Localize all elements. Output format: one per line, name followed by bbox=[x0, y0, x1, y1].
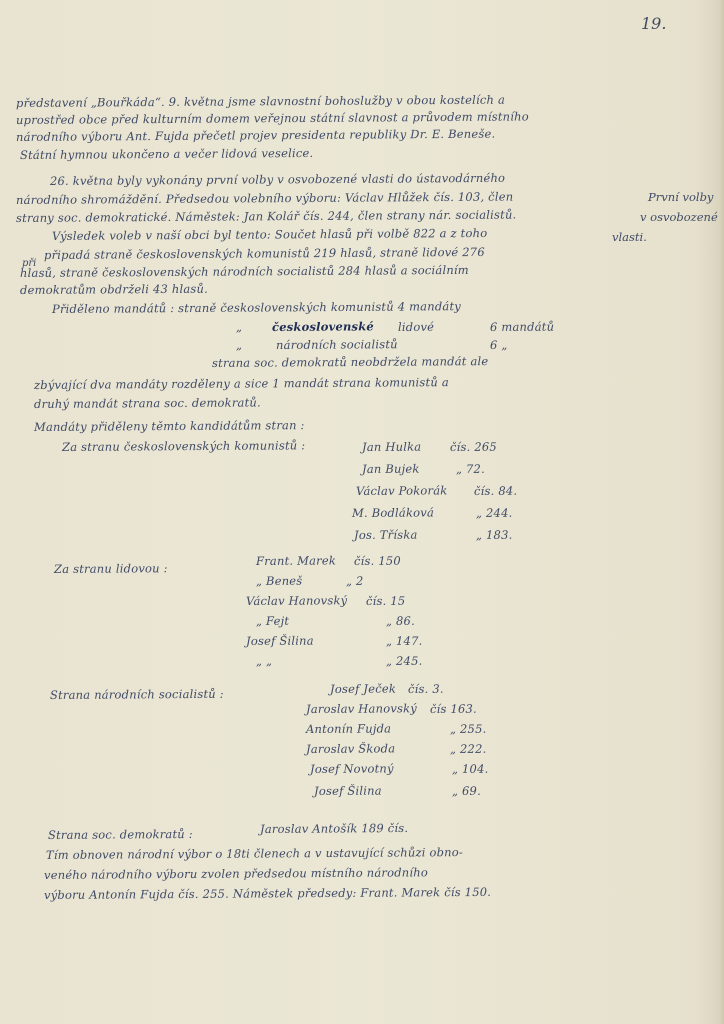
mandate-party: československé bbox=[272, 319, 374, 334]
candidate-house: „ 72. bbox=[456, 462, 485, 476]
candidate-house: čís. 150 bbox=[354, 554, 401, 568]
text-line: strany soc. demokratické. Náměstek: Jan … bbox=[16, 208, 516, 225]
candidate-name: Josef Ječek bbox=[330, 682, 396, 696]
mandate-party: národních socialistů bbox=[276, 337, 398, 352]
candidate-house: „ 255. bbox=[450, 722, 487, 736]
mandate-count: 6 „ bbox=[490, 338, 508, 352]
party-label: Za stranu lidovou : bbox=[54, 561, 168, 576]
text-line: strana soc. demokratů neobdržela mandát … bbox=[212, 354, 488, 370]
page-edge bbox=[718, 0, 724, 1024]
ditto-mark: „ bbox=[236, 338, 242, 352]
text-line: Tím obnoven národní výbor o 18ti členech… bbox=[46, 845, 463, 862]
candidate-name: Antonín Fujda bbox=[306, 721, 391, 736]
candidate-name: Jan Bujek bbox=[362, 462, 420, 476]
candidate-house: „ 222. bbox=[450, 742, 487, 756]
mandates-title: Přiděleno mandátů : straně československ… bbox=[52, 299, 461, 316]
text-line: druhý mandát strana soc. demokratů. bbox=[34, 395, 261, 411]
text-line: představení „Bouřkáda“. 9. května jsme s… bbox=[16, 93, 505, 110]
party-label: Strana národních socialistů : bbox=[50, 687, 224, 702]
party-label: Strana soc. demokratů : bbox=[48, 827, 193, 842]
candidate-name: „ „ bbox=[256, 654, 272, 668]
candidate-name: Jaroslav Škoda bbox=[306, 741, 395, 756]
candidate-name: Frant. Marek bbox=[256, 553, 336, 568]
candidate-name: „ Fejt bbox=[256, 614, 289, 628]
text-line: Státní hymnou ukončeno a večer lidová ve… bbox=[20, 146, 313, 162]
candidate-name: Václav Hanovský bbox=[246, 593, 347, 608]
text-line: národního shromáždění. Předsedou volební… bbox=[16, 190, 513, 207]
text-line: veného národního výboru zvolen předsedou… bbox=[44, 865, 428, 882]
candidate-house: „ 86. bbox=[386, 614, 415, 628]
candidate-name: Jaroslav Hanovský bbox=[306, 701, 417, 716]
candidate-name: Josef Šilina bbox=[314, 784, 382, 798]
candidate-house: čís. 265 bbox=[450, 440, 497, 454]
candidate-house: „ 183. bbox=[476, 528, 513, 542]
candidate-name: Jaroslav Antošík 189 čís. bbox=[260, 821, 408, 836]
candidate-name: Jos. Tříska bbox=[354, 528, 418, 542]
page-number: 19. bbox=[641, 14, 666, 33]
candidate-house: „ 245. bbox=[386, 654, 423, 668]
candidate-house: „ 104. bbox=[452, 762, 489, 776]
text-line: výboru Antonín Fujda čís. 255. Náměstek … bbox=[44, 885, 491, 902]
candidate-name: Václav Pokorák bbox=[356, 483, 448, 498]
candidate-house: čís. 3. bbox=[408, 682, 444, 696]
candidate-house: „ 147. bbox=[386, 634, 423, 648]
candidate-name: „ Beneš bbox=[256, 574, 302, 588]
candidate-house: „ 69. bbox=[452, 784, 481, 798]
text-line: zbývající dva mandáty rozděleny a sice 1… bbox=[34, 375, 449, 392]
candidate-name: Josef Šilina bbox=[246, 634, 314, 648]
text-line: 26. května byly vykonány první volby v o… bbox=[50, 171, 505, 188]
ditto-mark: „ bbox=[236, 320, 242, 334]
candidate-house: čís 163. bbox=[430, 702, 477, 716]
text-line: připadá straně československých komunist… bbox=[44, 245, 485, 262]
text-line: Výsledek voleb v naší obci byl tento: So… bbox=[52, 226, 487, 243]
chronicle-page: 19. představení „Bouřkáda“. 9. května js… bbox=[0, 0, 724, 1024]
candidate-house: „ 244. bbox=[476, 506, 513, 520]
margin-note: v osvobozené bbox=[640, 210, 718, 224]
party-label: Za stranu československých komunistů : bbox=[62, 438, 305, 454]
margin-note: První volby bbox=[648, 190, 713, 204]
candidate-house: čís. 15 bbox=[366, 594, 405, 608]
assignment-title: Mandáty přiděleny těmto kandidátům stran… bbox=[34, 418, 305, 434]
candidate-name: M. Bodláková bbox=[352, 505, 434, 520]
text-line: národního výboru Ant. Fujda přečetl proj… bbox=[16, 127, 495, 144]
text-line: hlasů, straně československých národních… bbox=[20, 263, 469, 280]
candidate-house: čís. 84. bbox=[474, 484, 517, 498]
text-line: demokratům obdrželi 43 hlasů. bbox=[20, 282, 208, 297]
candidate-house: „ 2 bbox=[346, 574, 364, 588]
candidate-name: Jan Hulka bbox=[362, 440, 421, 454]
mandate-count: 6 mandátů bbox=[490, 320, 554, 334]
text-line: uprostřed obce před kulturním domem veře… bbox=[16, 109, 529, 127]
margin-note: vlasti. bbox=[612, 230, 647, 244]
candidate-name: Josef Novotný bbox=[310, 761, 394, 776]
mandate-party: lidové bbox=[398, 320, 434, 334]
